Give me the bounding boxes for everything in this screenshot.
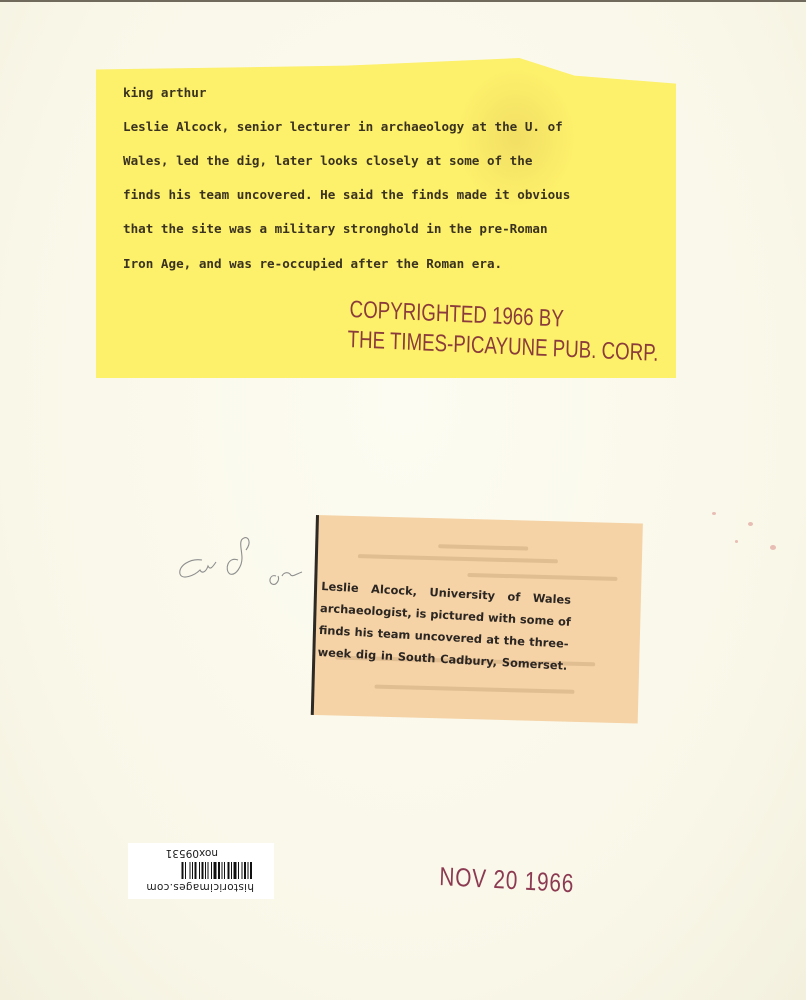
bleed-through-text (358, 554, 558, 563)
ink-speck (748, 522, 753, 526)
bleed-through-text (438, 544, 528, 550)
ink-speck (770, 545, 776, 550)
photo-back-page: king arthur Leslie Alcock, senior lectur… (0, 0, 806, 1000)
caption-line: that the site was a military stronghold … (123, 221, 548, 236)
barcode-icon (150, 862, 252, 879)
bleed-through-text (374, 685, 574, 694)
caption-line: finds his team uncovered. He said the fi… (123, 187, 570, 202)
date-stamp: NOV 20 1966 (439, 861, 575, 899)
ink-speck (735, 540, 738, 543)
caption-title: king arthur (123, 85, 206, 100)
barcode-site: historicimages.com (146, 881, 254, 893)
pencil-handwriting (172, 530, 322, 590)
bleed-through-text (467, 573, 617, 581)
ink-speck (712, 512, 716, 515)
clipping-caption: Leslie Alcock, University of Wales archa… (317, 575, 572, 677)
barcode-label: historicimages.com nox09531 (128, 843, 274, 899)
caption-line: Iron Age, and was re-occupied after the … (123, 256, 502, 271)
barcode-id: nox09531 (166, 847, 218, 859)
top-edge (0, 0, 806, 2)
caption-line: Leslie Alcock, senior lecturer in archae… (123, 119, 563, 134)
caption-line: Wales, led the dig, later looks closely … (123, 153, 532, 168)
